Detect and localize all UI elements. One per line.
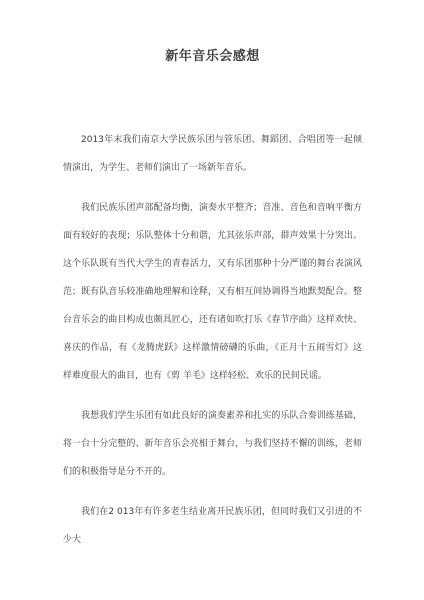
paragraph-training-credit: 我想我们学生乐团有如此良好的演奏素养和扎实的乐队合奏训练基础，将一台十分完整的、… bbox=[63, 402, 362, 486]
paragraph-intro: 2013年末我们南京大学民族乐团与管乐团、舞蹈团、合唱团等一起倾情演出，为学生、… bbox=[63, 126, 362, 182]
paragraph-member-changes: 我们在2 013年有许多老生结业离开民族乐团，但同时我们又引进的不少大 bbox=[63, 498, 362, 554]
document-page: 新年音乐会感想 2013年末我们南京大学民族乐团与管乐团、舞蹈团、合唱团等一起倾… bbox=[0, 0, 424, 600]
document-title: 新年音乐会感想 bbox=[63, 50, 362, 64]
paragraph-performance-review: 我们民族乐团声部配备均衡，演奏水平整齐；音准、音色和音响平衡方面有较好的表现；乐… bbox=[63, 194, 362, 390]
